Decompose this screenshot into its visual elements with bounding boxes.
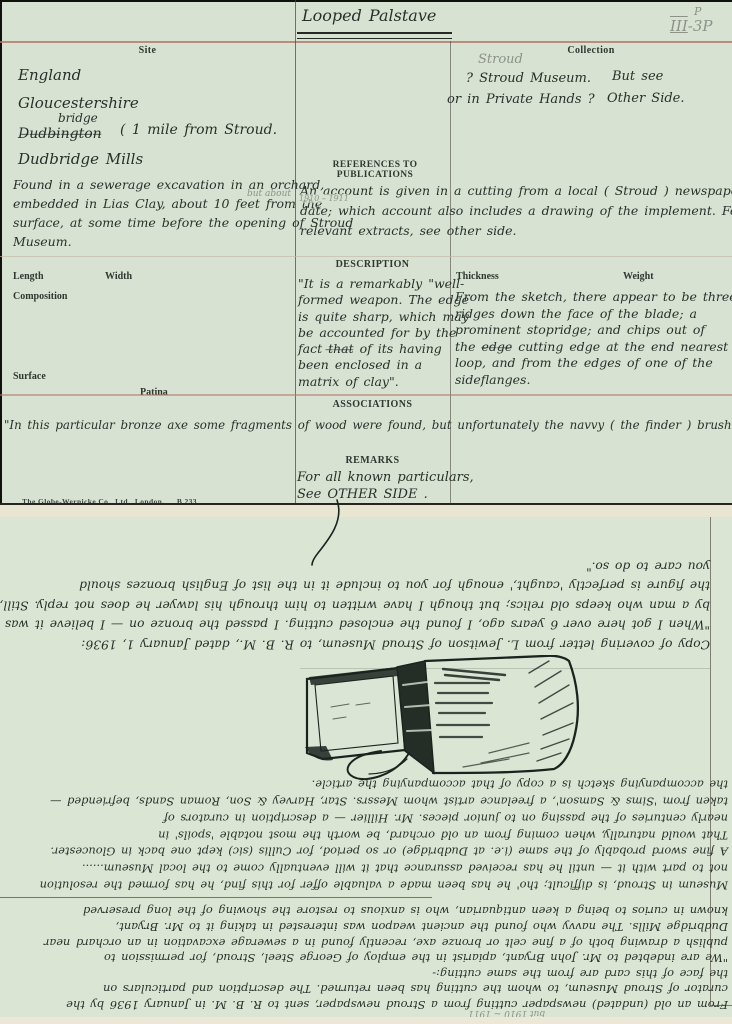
remarks-header: REMARKS [295,455,450,466]
site-header: Site [0,45,295,56]
back-mid-rule [0,897,432,898]
patina-label: Patina [140,387,168,398]
collection-line1-left: ? Stroud Museum. [466,71,591,86]
catalog-mark-suffix: -3P [688,17,713,35]
width-label: Width [105,271,132,282]
site-pencil-insert: but about [247,189,291,199]
surface-label: Surface [13,371,46,382]
back-extract-upper: Museum in Stroud, is difficult; tho' he … [2,776,728,894]
back-extract-intro: From an old (undated) newspaper cutting … [2,903,728,1012]
column-divider-right [450,41,451,505]
associations-rule [0,394,732,396]
scanned-record-card: Looped Palstave P III-3P Site England Gl… [0,0,732,1024]
site-country: England [18,66,81,84]
scan-bottom-strip [0,1017,732,1024]
site-place: Dudbridge Mills [18,150,143,168]
length-label: Length [13,271,44,282]
collection-pencil-note: Stroud [478,52,523,67]
back-letter-copy: Copy of covering letter from L. Jewitson… [20,556,710,654]
collection-line2-left: or in Private Hands ? [447,92,595,107]
references-pencil-date: 1910 – 1911 [299,194,349,203]
scan-gap-strip [0,505,732,517]
site-county: Gloucestershire [18,94,139,112]
description-header: DESCRIPTION [295,259,450,270]
scan-top-edge [0,0,732,2]
description-note: "It is a remarkably "well-formed weapon.… [298,276,450,390]
site-find-note: Found in a sewerage excavation in an orc… [13,175,293,251]
references-header: REFERENCES TO PUBLICATIONS [295,160,455,180]
title-double-underline [297,32,452,39]
header-red-rule [0,41,732,43]
site-distance-note: ( 1 mile from Stroud. [120,122,277,138]
associations-header: ASSOCIATIONS [295,399,450,410]
collection-line1-right: But see [612,69,663,84]
blade-notes: From the sketch, there appear to be thre… [455,289,731,388]
collection-line2-right: Other Side. [607,91,685,106]
associations-note: "In this particular bronze axe some frag… [4,418,730,432]
site-correction: bridge [58,111,98,125]
catalog-mark-roman: III [670,17,688,35]
weight-label: Weight [623,271,654,282]
references-note: An account is given in a cutting from a … [300,181,732,241]
palstave-sketch [293,655,585,791]
site-struck-place: D̶u̶d̶b̶i̶n̶g̶t̶o̶n̶ [18,126,102,142]
catalog-mark: III-3P [670,17,713,35]
mid-rule [0,256,732,257]
composition-label: Composition [13,291,67,302]
card-title: Looped Palstave [302,6,436,25]
